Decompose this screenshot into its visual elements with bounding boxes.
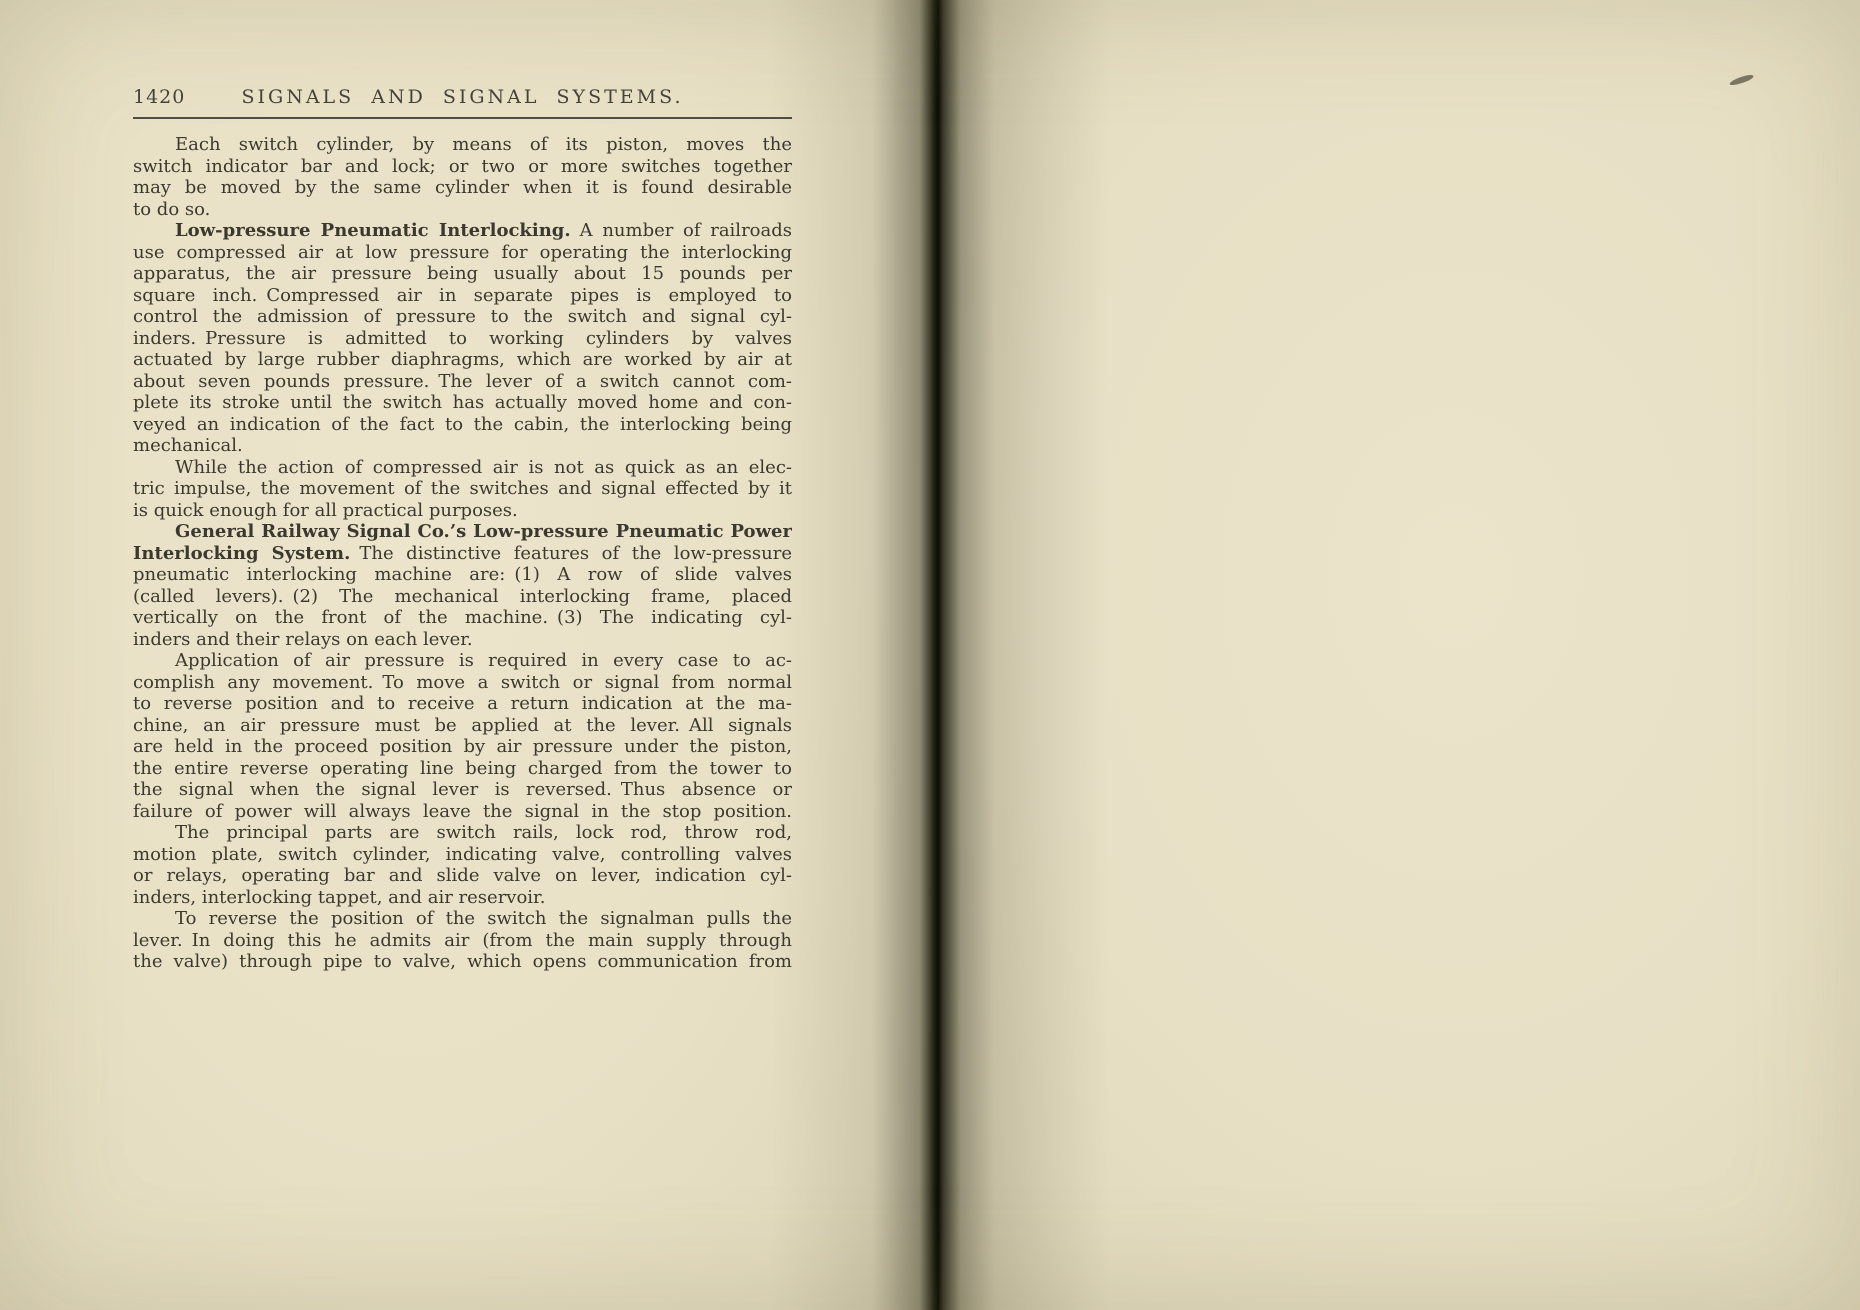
text-line: or relays, operating bar and slide valve… — [133, 865, 792, 887]
text-line: the signal when the signal lever is reve… — [133, 779, 792, 801]
text-line: use compressed air at low pressure for o… — [133, 242, 792, 264]
text-line: apparatus, the air pressure being usuall… — [133, 263, 792, 285]
text-line: pneumatic interlocking machine are: (1) … — [133, 564, 792, 586]
text-line: vertically on the front of the machine. … — [133, 607, 792, 629]
page-1420: 1420 SIGNALS AND SIGNAL SYSTEMS. Each sw… — [0, 0, 895, 1310]
text-line: are held in the proceed position by air … — [133, 736, 792, 758]
text-line: inders, interlocking tappet, and air res… — [133, 887, 792, 909]
text-line: motion plate, switch cylinder, indicatin… — [133, 844, 792, 866]
page-number-left: 1420 — [133, 86, 185, 108]
text-line: Interlocking System. The distinctive fea… — [133, 543, 792, 565]
page-header-left: 1420 SIGNALS AND SIGNAL SYSTEMS. — [133, 86, 792, 108]
text-line: switch indicator bar and lock; or two or… — [133, 156, 792, 178]
header-rule-left — [133, 117, 792, 119]
text-line: to reverse position and to receive a ret… — [133, 693, 792, 715]
text-line: to do so. — [133, 199, 792, 221]
page-1421: SIGNALS AND SIGNAL SYSTEMS. 1421 the sup… — [895, 0, 1860, 1310]
text-line: is quick enough for all practical purpos… — [133, 500, 792, 522]
text-line: about seven pounds pressure. The lever o… — [133, 371, 792, 393]
text-line: The principal parts are switch rails, lo… — [133, 822, 792, 844]
text-line: square inch. Compressed air in separate … — [133, 285, 792, 307]
text-line: veyed an indication of the fact to the c… — [133, 414, 792, 436]
running-head-left: SIGNALS AND SIGNAL SYSTEMS. — [242, 86, 684, 108]
text-line: plete its stroke until the switch has ac… — [133, 392, 792, 414]
text-line: Low-pressure Pneumatic Interlocking. A n… — [133, 220, 792, 242]
text-line: lever. In doing this he admits air (from… — [133, 930, 792, 952]
text-line: Application of air pressure is required … — [133, 650, 792, 672]
text-line: chine, an air pressure must be applied a… — [133, 715, 792, 737]
page-text-left: Each switch cylinder, by means of its pi… — [133, 134, 792, 973]
text-line: the entire reverse operating line being … — [133, 758, 792, 780]
text-line: While the action of compressed air is no… — [133, 457, 792, 479]
text-line: failure of power will always leave the s… — [133, 801, 792, 823]
book-scan: { "left_page": { "page_number": "1420", … — [0, 0, 1860, 1310]
text-line: (called levers). (2) The mechanical inte… — [133, 586, 792, 608]
text-line: inders. Pressure is admitted to working … — [133, 328, 792, 350]
text-line: complish any movement. To move a switch … — [133, 672, 792, 694]
text-line: inders and their relays on each lever. — [133, 629, 792, 651]
text-line: To reverse the position of the switch th… — [133, 908, 792, 930]
text-line: Each switch cylinder, by means of its pi… — [133, 134, 792, 156]
text-line: mechanical. — [133, 435, 792, 457]
text-line: may be moved by the same cylinder when i… — [133, 177, 792, 199]
text-line: the valve) through pipe to valve, which … — [133, 951, 792, 973]
text-line: control the admission of pressure to the… — [133, 306, 792, 328]
text-line: actuated by large rubber diaphragms, whi… — [133, 349, 792, 371]
text-line: tric impulse, the movement of the switch… — [133, 478, 792, 500]
text-line: General Railway Signal Co.’s Low-pressur… — [133, 521, 792, 543]
